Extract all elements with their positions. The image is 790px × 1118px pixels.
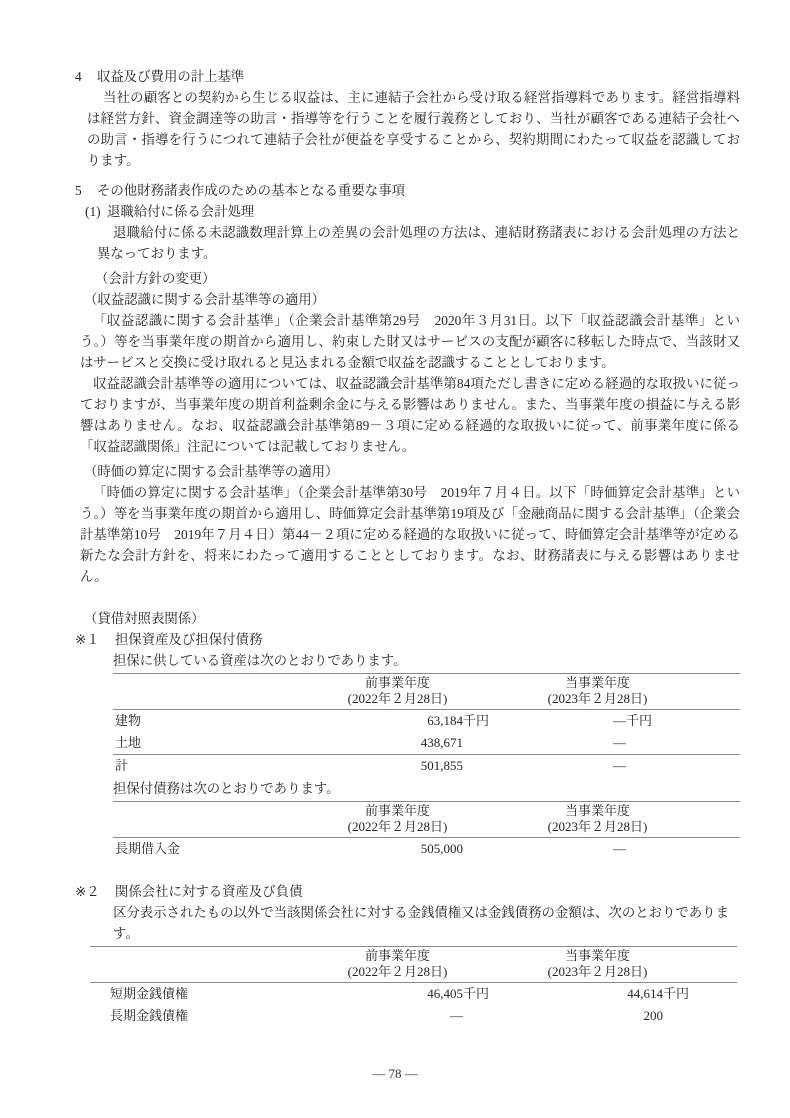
- note-1-intro-assets: 担保に供している資産は次のとおりであります。: [113, 650, 740, 671]
- note-2-mark: ※２: [75, 881, 115, 902]
- column-current-year: 当事業年度 (2023年２月28日): [505, 675, 690, 707]
- header-spacer: [113, 675, 290, 707]
- note-2-title: 関係会社に対する資産及び負債: [115, 881, 302, 902]
- note-2-intro: 区分表示されたもの以外で当該関係会社に対する金銭債権又は金銭債務の金額は、次のと…: [113, 902, 740, 944]
- row-label: 長期借入金: [113, 838, 290, 860]
- balance-sheet-notes-heading: （貸借対照表関係）: [84, 608, 740, 629]
- unit-label: [463, 838, 490, 860]
- header-spacer: [690, 803, 740, 835]
- unit-label: [463, 732, 490, 754]
- subsection-1-number: (1): [85, 201, 107, 222]
- table-row: 土地 438,671 ―: [113, 732, 740, 754]
- section-5-title: その他財務諸表作成のための基本となる重要な事項: [97, 180, 405, 201]
- current-year-value: ―: [505, 838, 690, 860]
- unit-label: 千円: [463, 983, 490, 1005]
- policy-change-heading: （会計方針の変更）: [95, 268, 740, 289]
- row-label: 長期金銭債権: [90, 1005, 290, 1027]
- page-number: ― 78 ―: [0, 1063, 790, 1084]
- affiliate-balances-table: 前事業年度 (2022年２月28日) 当事業年度 (2023年２月28日) 短期…: [90, 946, 737, 1027]
- column-current-year-label: 当事業年度: [505, 803, 690, 819]
- note-1-heading: ※１ 担保資産及び担保付債務: [75, 629, 740, 650]
- prior-year-value: 438,671: [290, 732, 505, 754]
- section-4-body: 当社の顧客との契約から生じる収益は、主に連結子会社から受け取る経営指導料でありま…: [87, 87, 740, 171]
- column-prior-year-date: (2022年２月28日): [290, 819, 505, 835]
- unit-label: [626, 732, 653, 754]
- column-current-year: 当事業年度 (2023年２月28日): [505, 803, 690, 835]
- column-current-year-label: 当事業年度: [505, 948, 690, 964]
- section-4-title: 収益及び費用の計上基準: [97, 66, 244, 87]
- table-row: 短期金銭債権 46,405千円 44,614千円: [90, 983, 737, 1005]
- column-current-year-date: (2023年２月28日): [505, 691, 690, 707]
- prior-year-value: ―: [290, 1005, 505, 1027]
- note-1-intro-liabilities: 担保付債務は次のとおりであります。: [113, 778, 740, 799]
- unit-label: [463, 755, 490, 777]
- fair-value-standard-paragraph: 「時価の算定に関する会計基準」（企業会計基準第30号 2019年７月４日。以下「…: [80, 482, 740, 587]
- unit-label: 千円: [663, 983, 690, 1005]
- revenue-standard-paragraph-1: 「収益認識に関する会計基準」（企業会計基準第29号 2020年３月31日。以下「…: [80, 310, 740, 373]
- column-current-year: 当事業年度 (2023年２月28日): [505, 948, 690, 980]
- note-1-mark: ※１: [75, 629, 115, 650]
- current-year-value: ―: [505, 755, 690, 777]
- section-5-number: 5: [75, 180, 97, 201]
- header-spacer: [690, 948, 737, 980]
- table-row: 長期借入金 505,000 ―: [113, 838, 740, 860]
- row-label: 土地: [113, 732, 290, 754]
- subsection-1-title: 退職給付に係る会計処理: [107, 201, 254, 222]
- prior-year-value: 501,855: [290, 755, 505, 777]
- affiliate-balances-table-header: 前事業年度 (2022年２月28日) 当事業年度 (2023年２月28日): [90, 946, 737, 983]
- pledged-assets-table-header: 前事業年度 (2022年２月28日) 当事業年度 (2023年２月28日): [113, 673, 740, 710]
- column-prior-year-label: 前事業年度: [290, 803, 505, 819]
- table-row: 建物 63,184千円 ―千円: [113, 710, 740, 732]
- prior-year-value: 46,405千円: [290, 983, 505, 1005]
- column-prior-year: 前事業年度 (2022年２月28日): [290, 948, 505, 980]
- prior-year-value: 63,184千円: [290, 710, 505, 732]
- column-prior-year-date: (2022年２月28日): [290, 964, 505, 980]
- column-prior-year-label: 前事業年度: [290, 948, 505, 964]
- unit-label: 千円: [626, 710, 653, 732]
- document-page: 4 収益及び費用の計上基準 当社の顧客との契約から生じる収益は、主に連結子会社か…: [0, 0, 790, 1118]
- revenue-standard-paragraph-2: 収益認識会計基準等の適用については、収益認識会計基準第84項ただし書きに定める経…: [80, 373, 740, 457]
- table-row: 長期金銭債権 ― 200: [90, 1005, 737, 1027]
- header-spacer: [113, 803, 290, 835]
- page-content: 4 収益及び費用の計上基準 当社の顧客との契約から生じる収益は、主に連結子会社か…: [75, 0, 740, 1027]
- header-spacer: [690, 675, 740, 707]
- unit-label: [663, 1005, 690, 1027]
- secured-liabilities-table-header: 前事業年度 (2022年２月28日) 当事業年度 (2023年２月28日): [113, 801, 740, 838]
- unit-label: [626, 838, 653, 860]
- column-current-year-date: (2023年２月28日): [505, 964, 690, 980]
- subsection-1-body: 退職給付に係る未認識数理計算上の差異の会計処理の方法は、連結財務諸表における会計…: [97, 222, 740, 264]
- note-2-heading: ※２ 関係会社に対する資産及び負債: [75, 881, 740, 902]
- note-1-title: 担保資産及び担保付債務: [115, 629, 262, 650]
- current-year-value: 44,614千円: [505, 983, 690, 1005]
- column-current-year-label: 当事業年度: [505, 675, 690, 691]
- row-label: 計: [113, 755, 290, 777]
- column-prior-year-label: 前事業年度: [290, 675, 505, 691]
- row-label: 短期金銭債権: [90, 983, 290, 1005]
- table-total-row: 計 501,855 ―: [113, 754, 740, 777]
- column-prior-year: 前事業年度 (2022年２月28日): [290, 803, 505, 835]
- current-year-value: ―千円: [505, 710, 690, 732]
- unit-label: 千円: [463, 710, 490, 732]
- current-year-value: 200: [505, 1005, 690, 1027]
- column-current-year-date: (2023年２月28日): [505, 819, 690, 835]
- column-prior-year: 前事業年度 (2022年２月28日): [290, 675, 505, 707]
- header-spacer: [90, 948, 290, 980]
- row-label: 建物: [113, 710, 290, 732]
- secured-liabilities-table: 前事業年度 (2022年２月28日) 当事業年度 (2023年２月28日) 長期…: [113, 801, 740, 860]
- pledged-assets-table: 前事業年度 (2022年２月28日) 当事業年度 (2023年２月28日) 建物…: [113, 673, 740, 777]
- column-prior-year-date: (2022年２月28日): [290, 691, 505, 707]
- fair-value-standard-heading: （時価の算定に関する会計基準等の適用）: [84, 461, 740, 482]
- current-year-value: ―: [505, 732, 690, 754]
- unit-label: [626, 755, 653, 777]
- unit-label: [463, 1005, 490, 1027]
- section-4-number: 4: [75, 66, 97, 87]
- section-5-heading: 5 その他財務諸表作成のための基本となる重要な事項: [75, 180, 740, 201]
- subsection-1-heading: (1) 退職給付に係る会計処理: [85, 201, 740, 222]
- section-4-heading: 4 収益及び費用の計上基準: [75, 66, 740, 87]
- revenue-standard-heading: （収益認識に関する会計基準等の適用）: [84, 289, 740, 310]
- prior-year-value: 505,000: [290, 838, 505, 860]
